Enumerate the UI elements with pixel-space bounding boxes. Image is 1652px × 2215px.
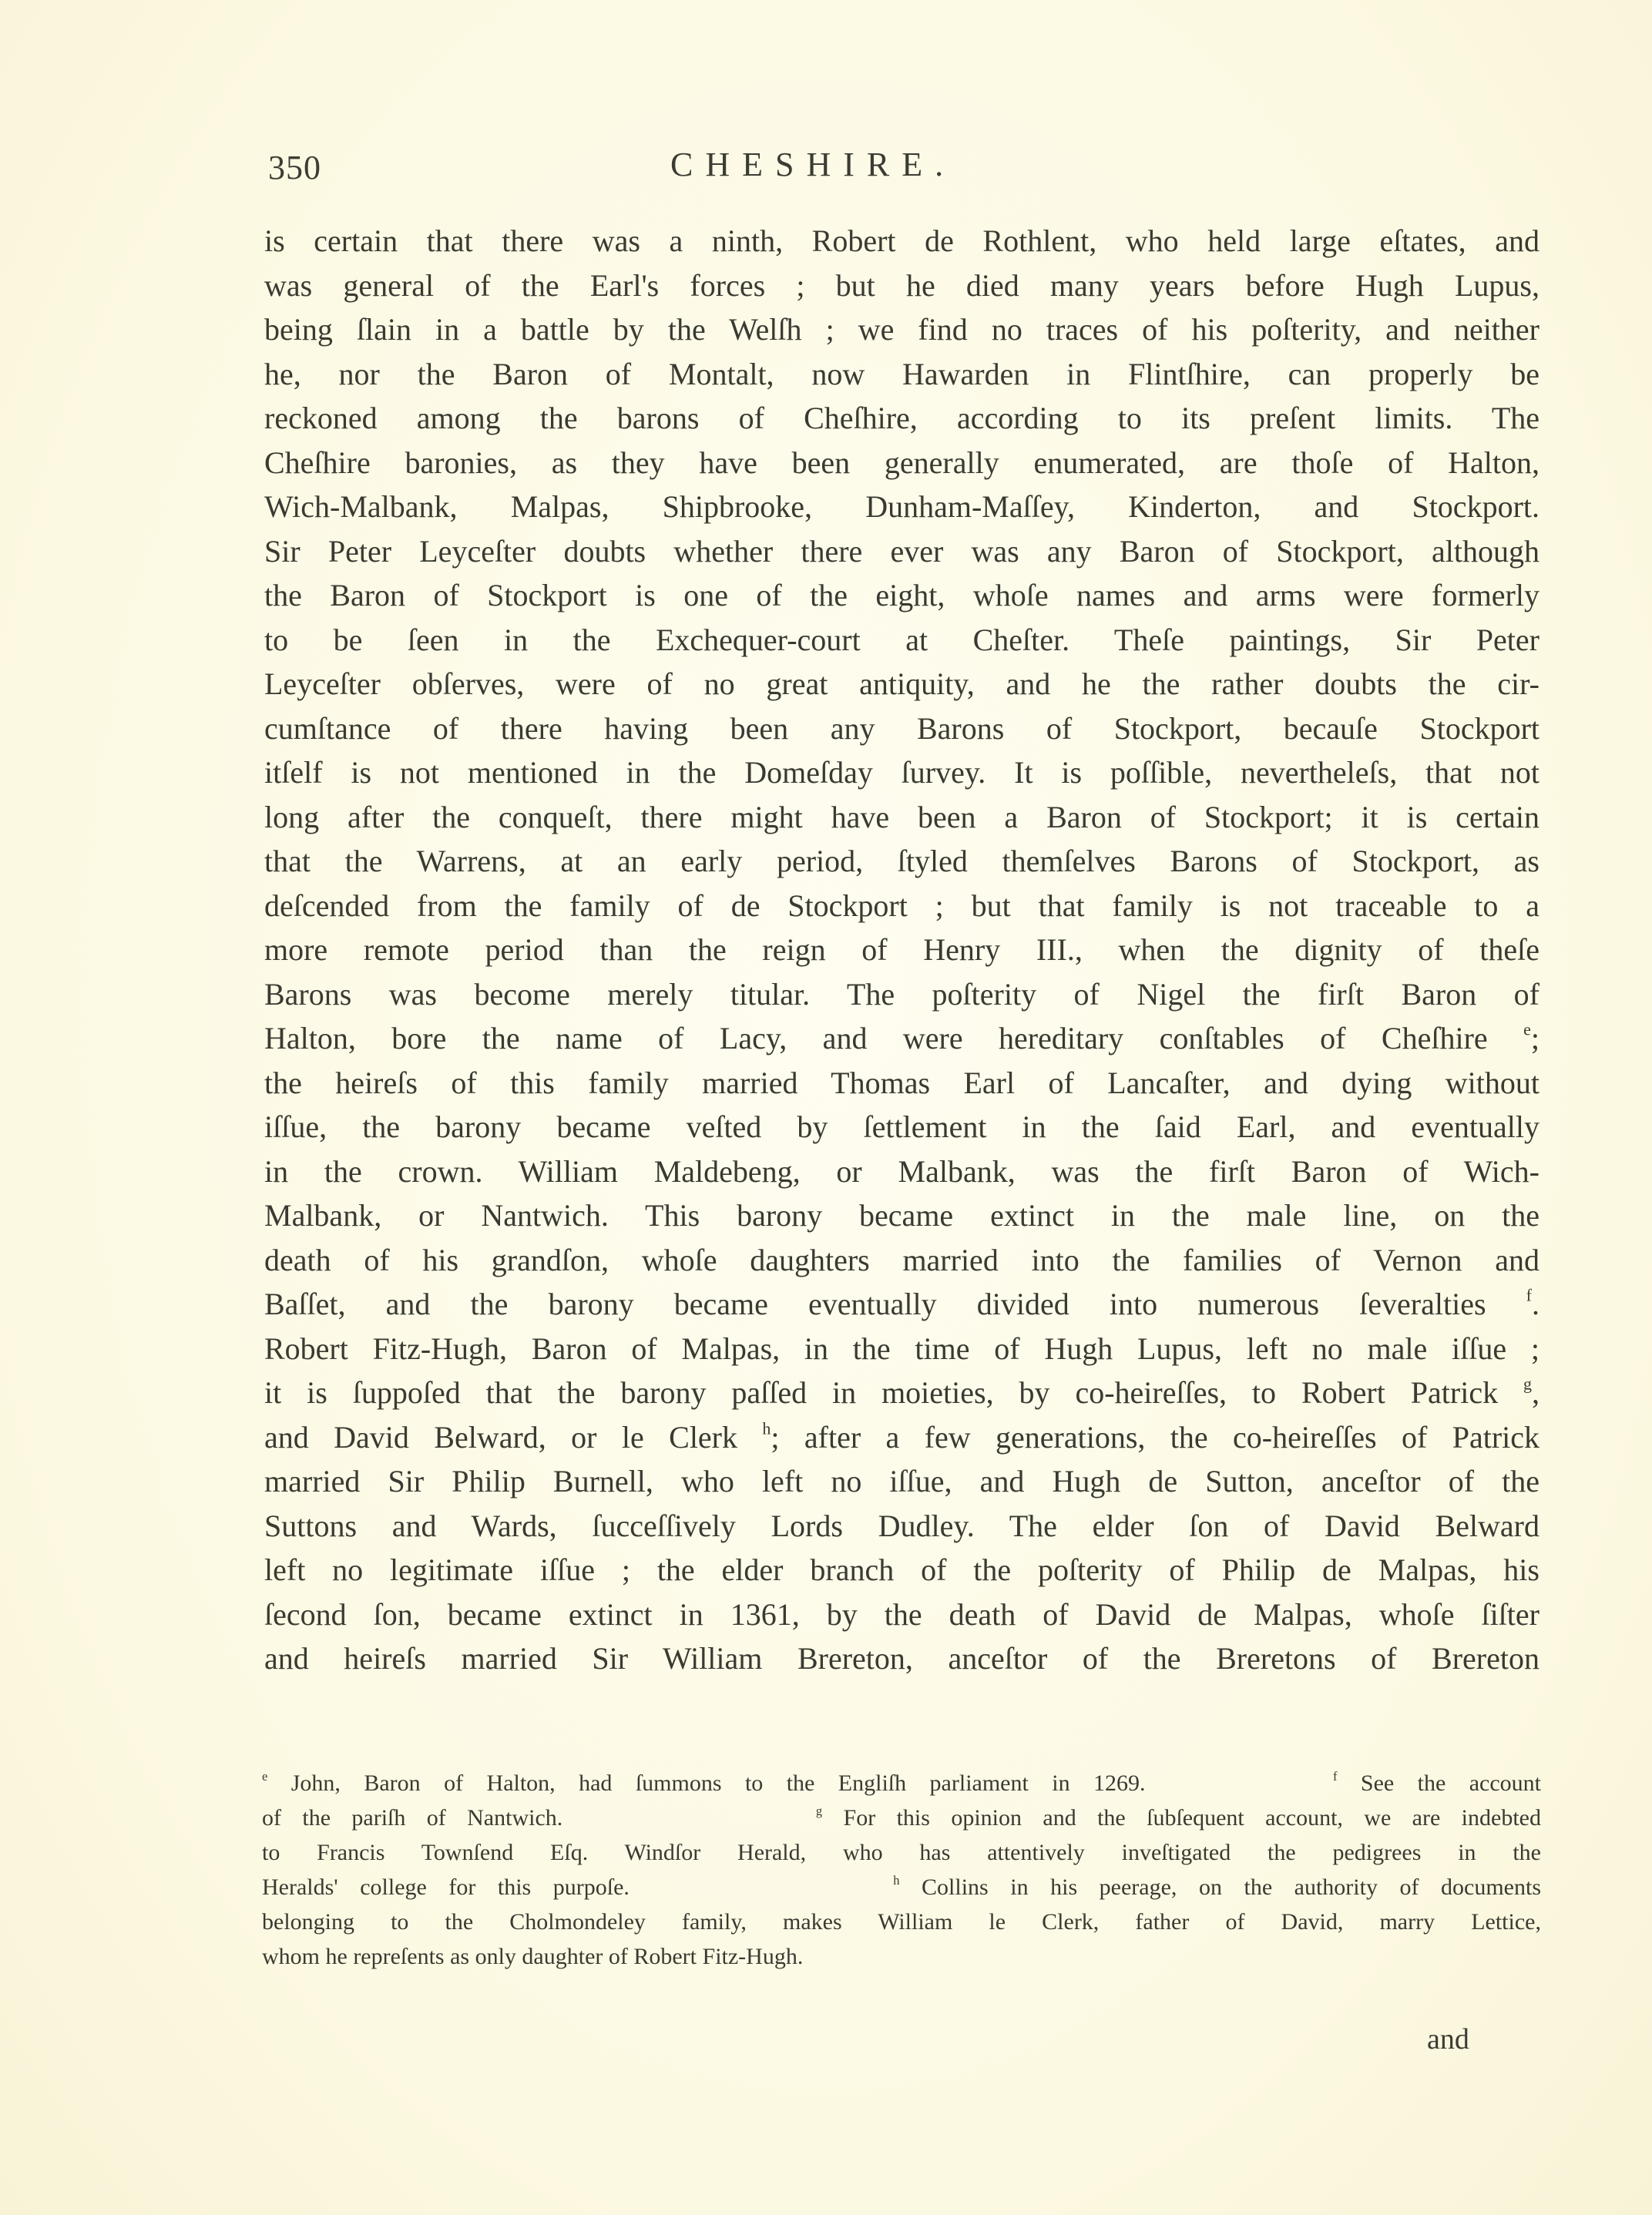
book-page: 350 CHESHIRE. is certain that there was … bbox=[0, 0, 1652, 2215]
text-line: long after the conqueſt, there might hav… bbox=[264, 795, 1540, 840]
text-line: iſſue, the barony became veſted by ſettl… bbox=[264, 1105, 1540, 1149]
footnote-text: John, Baron of Halton, had ſummons to th… bbox=[267, 1770, 1333, 1796]
line-text: it is ſuppoſed that the barony paſſed in… bbox=[264, 1375, 1498, 1410]
text-line: Wich-Malbank, Malpas, Shipbrooke, Dunham… bbox=[264, 485, 1540, 529]
footnote-text: Heralds' college for this purpoſe. bbox=[262, 1874, 893, 1900]
footnote-text: whom he repreſents as only daughter of R… bbox=[262, 1944, 803, 1969]
text-line: married Sir Philip Burnell, who left no … bbox=[264, 1459, 1540, 1504]
text-line: itſelf is not mentioned in the Domeſday … bbox=[264, 750, 1540, 795]
footnote-ref-e[interactable]: e bbox=[1523, 1019, 1531, 1039]
text-line: Robert Fitz-Hugh, Baron of Malpas, in th… bbox=[264, 1327, 1540, 1371]
catchword: and bbox=[1427, 2022, 1469, 2056]
text-line: the Baron of Stockport is one of the eig… bbox=[264, 573, 1540, 618]
footnote-ref-g[interactable]: g bbox=[1523, 1374, 1532, 1393]
page-number: 350 bbox=[268, 148, 321, 187]
footnote-line: whom he repreſents as only daughter of R… bbox=[262, 1939, 1541, 1974]
text-line-with-footnote-ref: Baſſet, and the barony became eventually… bbox=[264, 1282, 1540, 1327]
footnote-text: For this opinion and the ſubſequent acco… bbox=[822, 1805, 1541, 1831]
text-line: ſecond ſon, became extinct in 1361, by t… bbox=[264, 1592, 1540, 1637]
footnote-line: Heralds' college for this purpoſe. h Col… bbox=[262, 1870, 1541, 1905]
footnote-marker-g: g bbox=[816, 1804, 822, 1818]
text-line: he, nor the Baron of Montalt, now Haward… bbox=[264, 352, 1540, 397]
line-text: Halton, bore the name of Lacy, and were … bbox=[264, 1021, 1488, 1055]
text-line: Sir Peter Leyceſter doubts whether there… bbox=[264, 529, 1540, 574]
text-line: was general of the Earl's forces ; but h… bbox=[264, 263, 1540, 308]
text-line: more remote period than the reign of Hen… bbox=[264, 928, 1540, 972]
text-line-with-footnote-ref: Halton, bore the name of Lacy, and were … bbox=[264, 1016, 1540, 1061]
footnotes: e John, Baron of Halton, had ſummons to … bbox=[262, 1766, 1541, 1974]
text-line: Barons was become merely titular. The po… bbox=[264, 972, 1540, 1017]
text-line: Suttons and Wards, ſucceſſively Lords Du… bbox=[264, 1504, 1540, 1549]
main-text: is certain that there was a ninth, Rober… bbox=[264, 219, 1540, 1681]
footnote-line: to Francis Townſend Eſq. Windſor Herald,… bbox=[262, 1835, 1541, 1870]
footnote-text: See the account bbox=[1337, 1770, 1541, 1796]
text-line-with-footnote-ref: it is ſuppoſed that the barony paſſed in… bbox=[264, 1371, 1540, 1415]
page-header: 350 CHESHIRE. bbox=[262, 145, 1541, 191]
footnote-line: e John, Baron of Halton, had ſummons to … bbox=[262, 1766, 1541, 1801]
line-punct: . bbox=[1532, 1287, 1540, 1321]
footnote-text: to Francis Townſend Eſq. Windſor Herald,… bbox=[262, 1840, 1541, 1865]
text-line: the heireſs of this family married Thoma… bbox=[264, 1061, 1540, 1106]
text-line: Cheſhire baronies, as they have been gen… bbox=[264, 441, 1540, 485]
footnote-ref-h[interactable]: h bbox=[762, 1418, 771, 1438]
running-title: CHESHIRE. bbox=[670, 145, 955, 184]
footnote-text: of the pariſh of Nantwich. bbox=[262, 1805, 816, 1831]
footnote-marker-h: h bbox=[893, 1873, 899, 1888]
text-line: cumſtance of there having been any Baron… bbox=[264, 706, 1540, 751]
text-line: being ſlain in a battle by the Welſh ; w… bbox=[264, 307, 1540, 352]
footnote-text: Collins in his peerage, on the authority… bbox=[900, 1874, 1541, 1900]
footnote-text: belonging to the Cholmondeley family, ma… bbox=[262, 1909, 1541, 1935]
text-line: Malbank, or Nantwich. This barony became… bbox=[264, 1193, 1540, 1238]
line-punct: ; bbox=[1531, 1021, 1540, 1055]
text-line: is certain that there was a ninth, Rober… bbox=[264, 219, 1540, 263]
text-line: and heireſs married Sir William Brereton… bbox=[264, 1636, 1540, 1681]
text-line: Leyceſter obſerves, were of no great ant… bbox=[264, 662, 1540, 706]
line-text: Baſſet, and the barony became eventually… bbox=[264, 1287, 1486, 1321]
footnote-line: of the pariſh of Nantwich. g For this op… bbox=[262, 1801, 1541, 1835]
text-line: in the crown. William Maldebeng, or Malb… bbox=[264, 1149, 1540, 1194]
text-line-with-footnote-ref: and David Belward, or le Clerk h; after … bbox=[264, 1415, 1540, 1460]
text-line: deſcended from the family of de Stockpor… bbox=[264, 884, 1540, 928]
line-punct: , bbox=[1532, 1375, 1540, 1410]
text-line: reckoned among the barons of Cheſhire, a… bbox=[264, 396, 1540, 441]
text-line: to be ſeen in the Exchequer-court at Che… bbox=[264, 618, 1540, 663]
text-line: death of his grandſon, whoſe daughters m… bbox=[264, 1238, 1540, 1283]
footnote-line: belonging to the Cholmondeley family, ma… bbox=[262, 1905, 1541, 1939]
footnote-ref-f[interactable]: f bbox=[1526, 1285, 1532, 1304]
text-line: that the Warrens, at an early period, ſt… bbox=[264, 839, 1540, 884]
text-line: left no legitimate iſſue ; the elder bra… bbox=[264, 1548, 1540, 1592]
line-text-tail: ; after a few generations, the co-heireſ… bbox=[771, 1420, 1540, 1455]
line-text: and David Belward, or le Clerk bbox=[264, 1420, 737, 1455]
